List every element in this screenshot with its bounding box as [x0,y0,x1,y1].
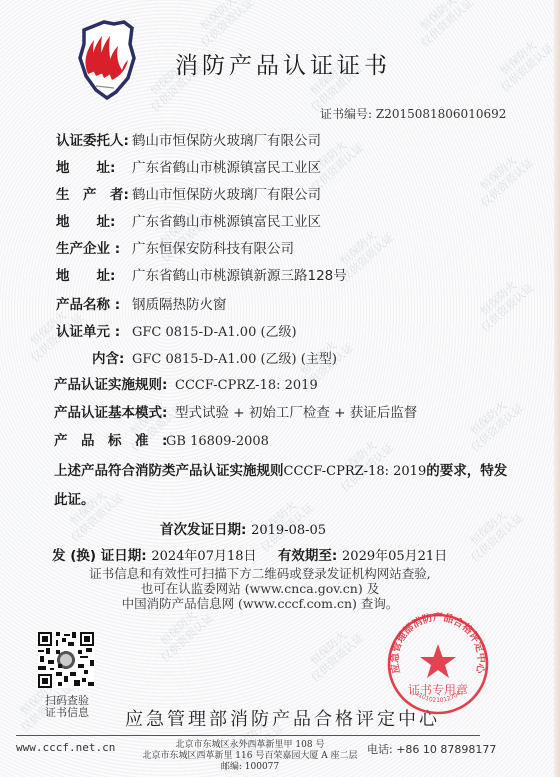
qr-caption: 扫码查验 证书信息 [44,695,90,719]
watermark-text: 仅供资质认证 [338,231,396,285]
footer-phone: 电话: +86 10 87898177 [367,741,496,757]
footer-address-line: 北京市东城区西革新里 116 号百荣嘉园大厦 A 座二层 [140,751,360,762]
watermark-text: 仅供资质认证 [158,611,216,665]
certificate-title: 消防产品认证证书 [175,47,391,80]
watermark-text: 仅供资质认证 [308,631,366,685]
qr-code-icon[interactable] [38,632,94,688]
field-value: CCCF-CPRZ-18: 2019 [175,378,318,393]
footer-divider [16,735,480,736]
field-label: 生 产 者: [56,183,132,203]
certificate-number-label: 证书编号: [320,107,372,121]
field-label: 内含: [92,347,132,367]
watermark-text: 恒保防火 [410,0,468,40]
field-label: 地 址: [56,156,132,176]
field-label: 产品名称 : [56,293,132,313]
verification-note: 证书信息和有效性可扫描下方二维码或登录发证机构网站查验, 也可在认监委网站 (w… [40,566,480,611]
footer-address: 北京市东城区永外西革新里甲 108 号 北京市东城区西革新里 116 号百荣嘉园… [140,740,360,773]
watermark-text: 仅供资质认证 [198,0,256,50]
field-label: 地 址: [56,210,132,230]
field-value: GFC 0815-D-A1.00 (乙级) (主型) [132,348,337,367]
official-seal-icon: 应急管理部消防产品合格评定中心 证书专用章 1101021012704 [386,612,490,716]
field-value: 广东省鹤山市桃源镇新源三路128号 [132,264,347,284]
first-issue-label: 首次发证日期: [160,522,246,538]
issue-date-value: 2024年07月18日 [151,549,256,564]
field-includes: 内含: GFC 0815-D-A1.00 (乙级) (主型) [92,347,337,367]
watermark-text: 恒保防火 [470,146,528,200]
first-issue-value: 2019-08-05 [251,523,326,538]
conformity-statement: 上述产品符合消防类产品认证实施规则CCCF-CPRZ-18: 2019的要求，特… [54,459,507,479]
watermark-text: 仅供资质认证 [468,511,526,565]
field-value: 鹤山市恒保防火玻璃厂有限公司 [132,129,321,149]
watermark-text: 仅供资质认证 [468,401,526,455]
field-label: 认证单元 : [56,320,132,340]
field-applicant-address: 地 址: 广东省鹤山市桃源镇富民工业区 [56,156,321,176]
field-label: 产 品 标 准 : [54,429,166,449]
page-edge [554,0,560,777]
field-value: 广东恒保安防科技有限公司 [132,237,294,257]
field-applicant: 认证委托人: 鹤山市恒保防火玻璃厂有限公司 [56,129,321,149]
qr-caption-line: 证书信息 [44,707,90,719]
verification-line: 中国消防产品信息网 (www.cccf.com.cn) 查询。 [40,596,480,611]
watermark-text: 仅供资质认证 [478,156,536,210]
certificate-number-value: Z2015081806010692 [376,107,507,121]
statement-text: 的要求，特发 [426,463,507,479]
field-value: GB 16809-2008 [166,434,269,449]
field-product-name: 产品名称 : 钢质隔热防火窗 [56,293,227,313]
footer-postcode: 邮编: 100077 [140,762,360,773]
field-production-enterprise: 生产企业 : 广东恒保安防科技有限公司 [56,237,294,257]
certificate-sheet: 恒保防火仅供资质认证 恒保防火仅供资质认证 恒保防火仅供资质认证 恒保防火仅供资… [0,0,560,777]
field-manufacturer: 生 产 者: 鹤山市恒保防火玻璃厂有限公司 [56,183,321,203]
field-value: 鹤山市恒保防火玻璃厂有限公司 [132,183,321,203]
field-label: 产品认证基本模式: [54,401,175,421]
watermark-text: 恒保防火 [300,621,358,675]
watermark-text: 恒保防火 [190,0,248,40]
valid-until-label: 有效期至: [278,548,337,564]
watermark-text: 仅供资质认证 [478,281,536,335]
field-implementation-rules: 产品认证实施规则: CCCF-CPRZ-18: 2019 [54,373,318,393]
field-value: 钢质隔热防火窗 [132,293,227,313]
field-label: 地 址: [56,264,132,284]
first-issue-date: 首次发证日期: 2019-08-05 [160,518,326,538]
watermark-text: 恒保防火 [460,501,518,555]
statement-rule: CCCF-CPRZ-18: 2019 [284,464,427,479]
watermark-text: 恒保防火 [470,271,528,325]
field-certification-unit: 认证单元 : GFC 0815-D-A1.00 (乙级) [56,320,297,340]
field-label: 产品认证实施规则: [54,373,175,393]
field-label: 生产企业 : [56,237,132,257]
issue-date-label: 发 (换) 证日期: [52,548,147,564]
field-value: 广东省鹤山市桃源镇富民工业区 [132,156,321,176]
field-label: 认证委托人: [56,129,132,149]
field-enterprise-address: 地 址: 广东省鹤山市桃源镇新源三路128号 [56,264,347,284]
watermark-text: 仅供资质认证 [498,41,556,95]
watermark-text: 恒保防火 [490,31,548,85]
field-product-standard: 产 品 标 准 : GB 16809-2008 [54,429,269,449]
certificate-number: 证书编号: Z2015081806010692 [320,105,506,122]
issue-dates: 发 (换) 证日期: 2024年07月18日 有效期至: 2029年05月21日 [52,544,447,564]
footer-website-link[interactable]: www.cccf.net.cn [16,741,115,754]
valid-until-value: 2029年05月21日 [342,549,447,564]
field-value: 型式试验 + 初始工厂检查 + 获证后监督 [175,401,417,421]
field-value: GFC 0815-D-A1.00 (乙级) [132,321,297,340]
field-manufacturer-address: 地 址: 广东省鹤山市桃源镇富民工业区 [56,210,321,230]
field-value: 广东省鹤山市桃源镇富民工业区 [132,210,321,230]
fire-shield-logo-icon [76,18,138,102]
watermark-text: 仅供资质认证 [418,0,476,50]
verification-line: 也可在认监委网站 (www.cnca.gov.cn) 及 [40,581,480,596]
watermark-text: 恒保防火 [460,391,518,445]
field-certification-mode: 产品认证基本模式: 型式试验 + 初始工厂检查 + 获证后监督 [54,401,417,421]
footer-address-line: 北京市东城区永外西革新里甲 108 号 [140,740,360,751]
verification-line: 证书信息和有效性可扫描下方二维码或登录发证机构网站查验, [40,566,480,581]
statement-text: 上述产品符合消防类产品认证实施规则 [54,463,284,479]
conformity-statement-end: 此证。 [54,488,95,508]
